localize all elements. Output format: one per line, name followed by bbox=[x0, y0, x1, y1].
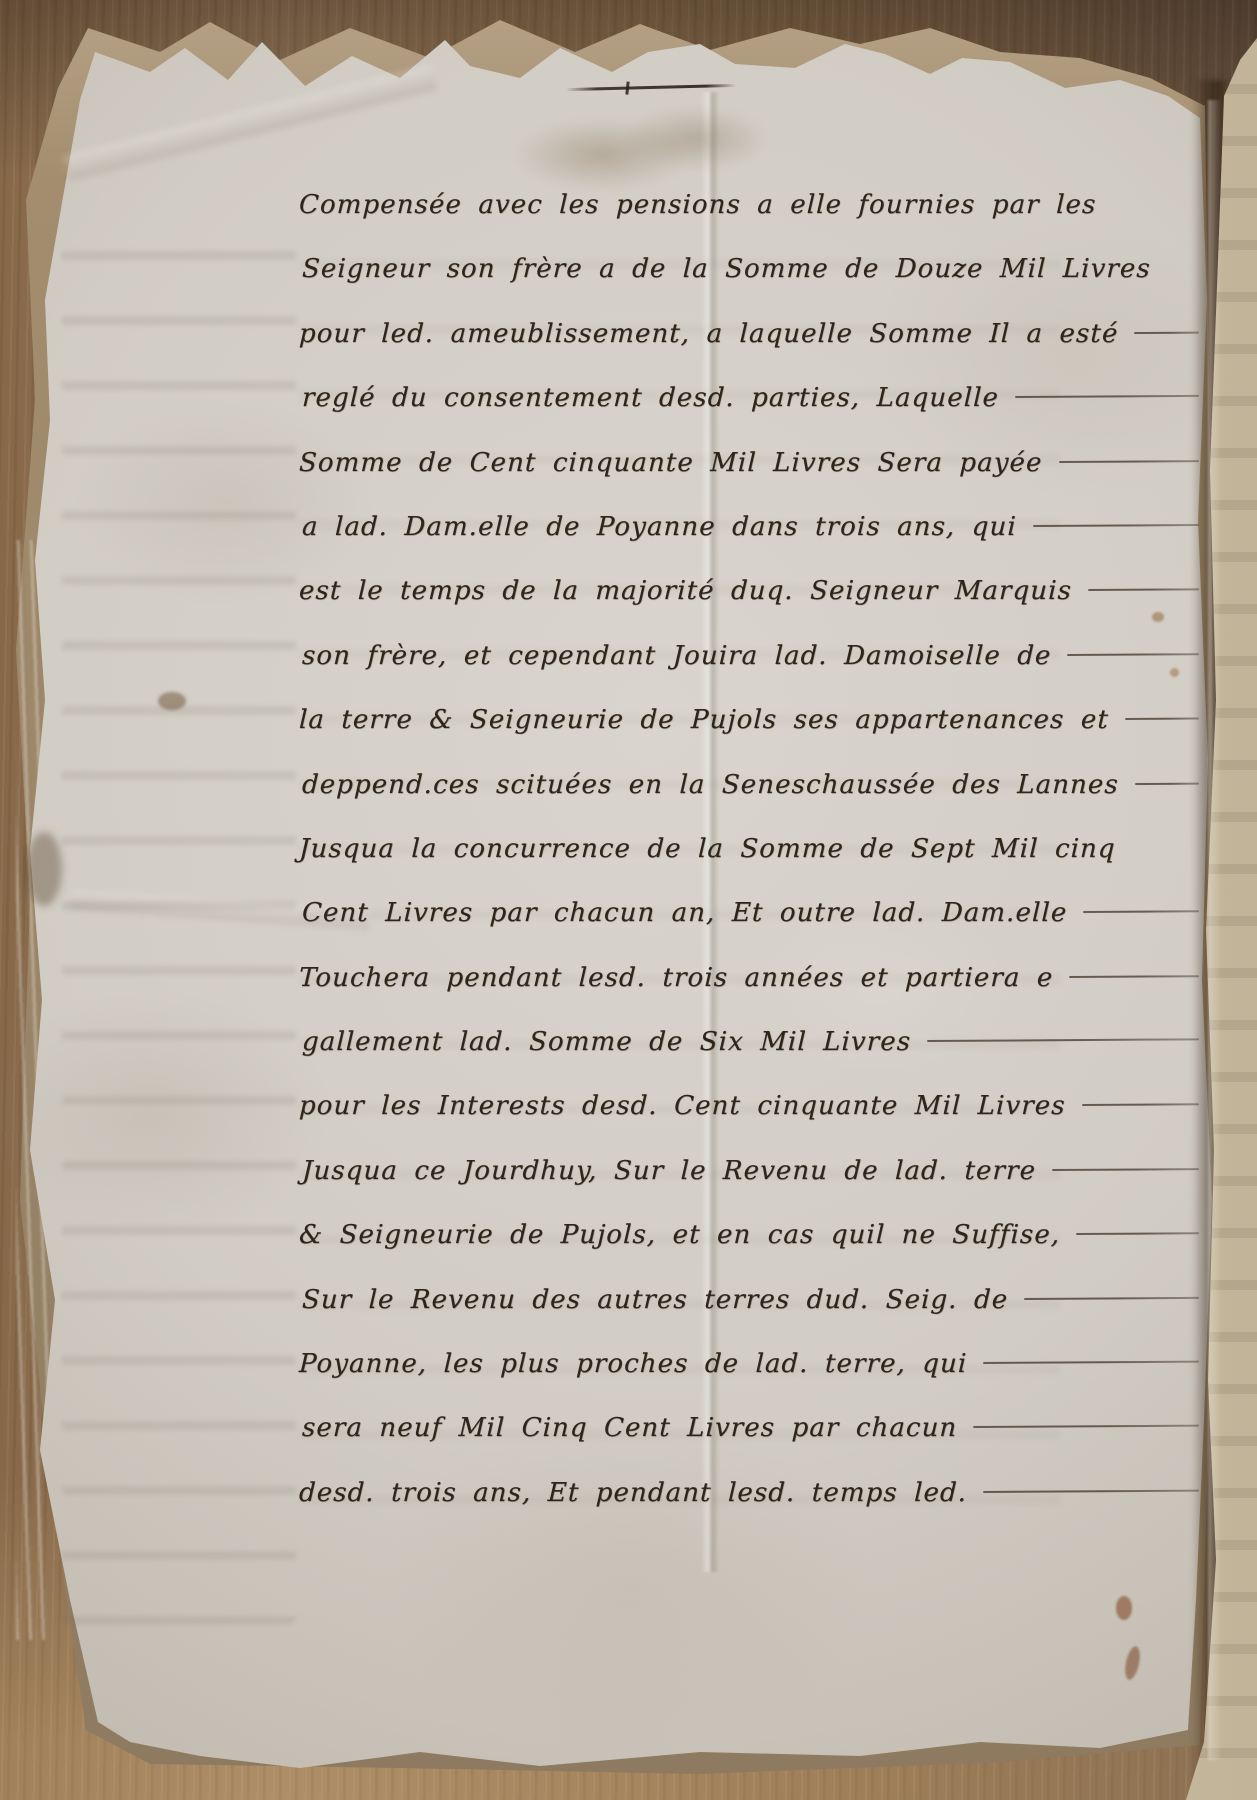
text-line: reglé du consentement desd. parties, Laq… bbox=[301, 366, 1206, 430]
text-line-content: Jusqua ce Jourdhuy, Sur le Revenu de lad… bbox=[301, 1139, 1037, 1203]
text-line: Poyanne, les plus proches de lad. terre,… bbox=[298, 1332, 1206, 1396]
text-line-content: son frère, et cependant Jouira lad. Damo… bbox=[301, 624, 1053, 688]
text-line: son frère, et cependant Jouira lad. Damo… bbox=[301, 624, 1206, 688]
text-line-content: Seigneur son frère a de la Somme de Douz… bbox=[301, 237, 1152, 301]
text-line-content: est le temps de la majorité duq. Seigneu… bbox=[298, 559, 1073, 623]
text-line: Touchera pendant lesd. trois années et p… bbox=[298, 946, 1206, 1010]
text-line-content: desd. trois ans, Et pendant lesd. temps … bbox=[298, 1461, 968, 1525]
text-line-content: Sur le Revenu des autres terres dud. Sei… bbox=[301, 1268, 1009, 1332]
text-line-content: pour led. ameublissement, a laquelle Som… bbox=[298, 302, 1120, 366]
text-line: Cent Livres par chacun an, Et outre lad.… bbox=[301, 881, 1206, 945]
text-line: desd. trois ans, Et pendant lesd. temps … bbox=[298, 1461, 1206, 1525]
ink-stain bbox=[158, 692, 186, 710]
text-line: Sur le Revenu des autres terres dud. Sei… bbox=[301, 1268, 1206, 1332]
text-line-content: gallement lad. Somme de Six Mil Livres bbox=[301, 1010, 912, 1074]
text-line: la terre & Seigneurie de Pujols ses appa… bbox=[298, 688, 1206, 752]
text-line-content: a lad. Dam.elle de Poyanne dans trois an… bbox=[301, 495, 1018, 559]
text-line-content: sera neuf Mil Cinq Cent Livres par chacu… bbox=[301, 1396, 959, 1460]
text-line: Compensée avec les pensions a elle fourn… bbox=[298, 173, 1206, 237]
text-line-content: pour les Interests desd. Cent cinquante … bbox=[298, 1074, 1067, 1138]
text-line: pour led. ameublissement, a laquelle Som… bbox=[298, 302, 1206, 366]
fox-spot bbox=[1170, 668, 1179, 677]
text-line-content: Cent Livres par chacun an, Et outre lad.… bbox=[301, 881, 1069, 945]
text-line-content: Compensée avec les pensions a elle fourn… bbox=[298, 173, 1098, 237]
text-line-content: reglé du consentement desd. parties, Laq… bbox=[301, 366, 1000, 430]
second-sheet-torn-edge-highlight bbox=[1208, 100, 1222, 1760]
text-line-content: Jusqua la concurrence de la Somme de Sep… bbox=[298, 817, 1117, 881]
text-line: sera neuf Mil Cinq Cent Livres par chacu… bbox=[301, 1396, 1206, 1460]
rust-stain bbox=[1116, 1596, 1132, 1620]
text-line: Jusqua ce Jourdhuy, Sur le Revenu de lad… bbox=[301, 1139, 1206, 1203]
text-line: & Seigneurie de Pujols, et en cas quil n… bbox=[298, 1203, 1206, 1267]
text-line: deppend.ces scituées en la Seneschaussée… bbox=[301, 753, 1206, 817]
text-line-content: Somme de Cent cinquante Mil Livres Sera … bbox=[298, 431, 1044, 495]
text-line-content: deppend.ces scituées en la Seneschaussée… bbox=[301, 753, 1120, 817]
text-line-content: la terre & Seigneurie de Pujols ses appa… bbox=[298, 688, 1110, 752]
text-line-content: Touchera pendant lesd. trois années et p… bbox=[298, 946, 1055, 1010]
text-line: pour les Interests desd. Cent cinquante … bbox=[298, 1074, 1206, 1138]
text-line: Jusqua la concurrence de la Somme de Sep… bbox=[298, 817, 1206, 881]
text-line: est le temps de la majorité duq. Seigneu… bbox=[298, 559, 1206, 623]
edge-stain bbox=[26, 832, 62, 906]
handwritten-text-block: Compensée avec les pensions a elle fourn… bbox=[299, 173, 1205, 1525]
text-line-content: Poyanne, les plus proches de lad. terre,… bbox=[298, 1332, 969, 1396]
text-line: gallement lad. Somme de Six Mil Livres bbox=[301, 1010, 1206, 1074]
manuscript-photo: Compensée avec les pensions a elle fourn… bbox=[0, 0, 1257, 1800]
fox-spot bbox=[1152, 612, 1164, 622]
text-line: a lad. Dam.elle de Poyanne dans trois an… bbox=[301, 495, 1206, 559]
text-line-content: & Seigneurie de Pujols, et en cas quil n… bbox=[298, 1203, 1061, 1267]
text-line: Somme de Cent cinquante Mil Livres Sera … bbox=[298, 431, 1206, 495]
text-line: Seigneur son frère a de la Somme de Douz… bbox=[301, 237, 1206, 301]
